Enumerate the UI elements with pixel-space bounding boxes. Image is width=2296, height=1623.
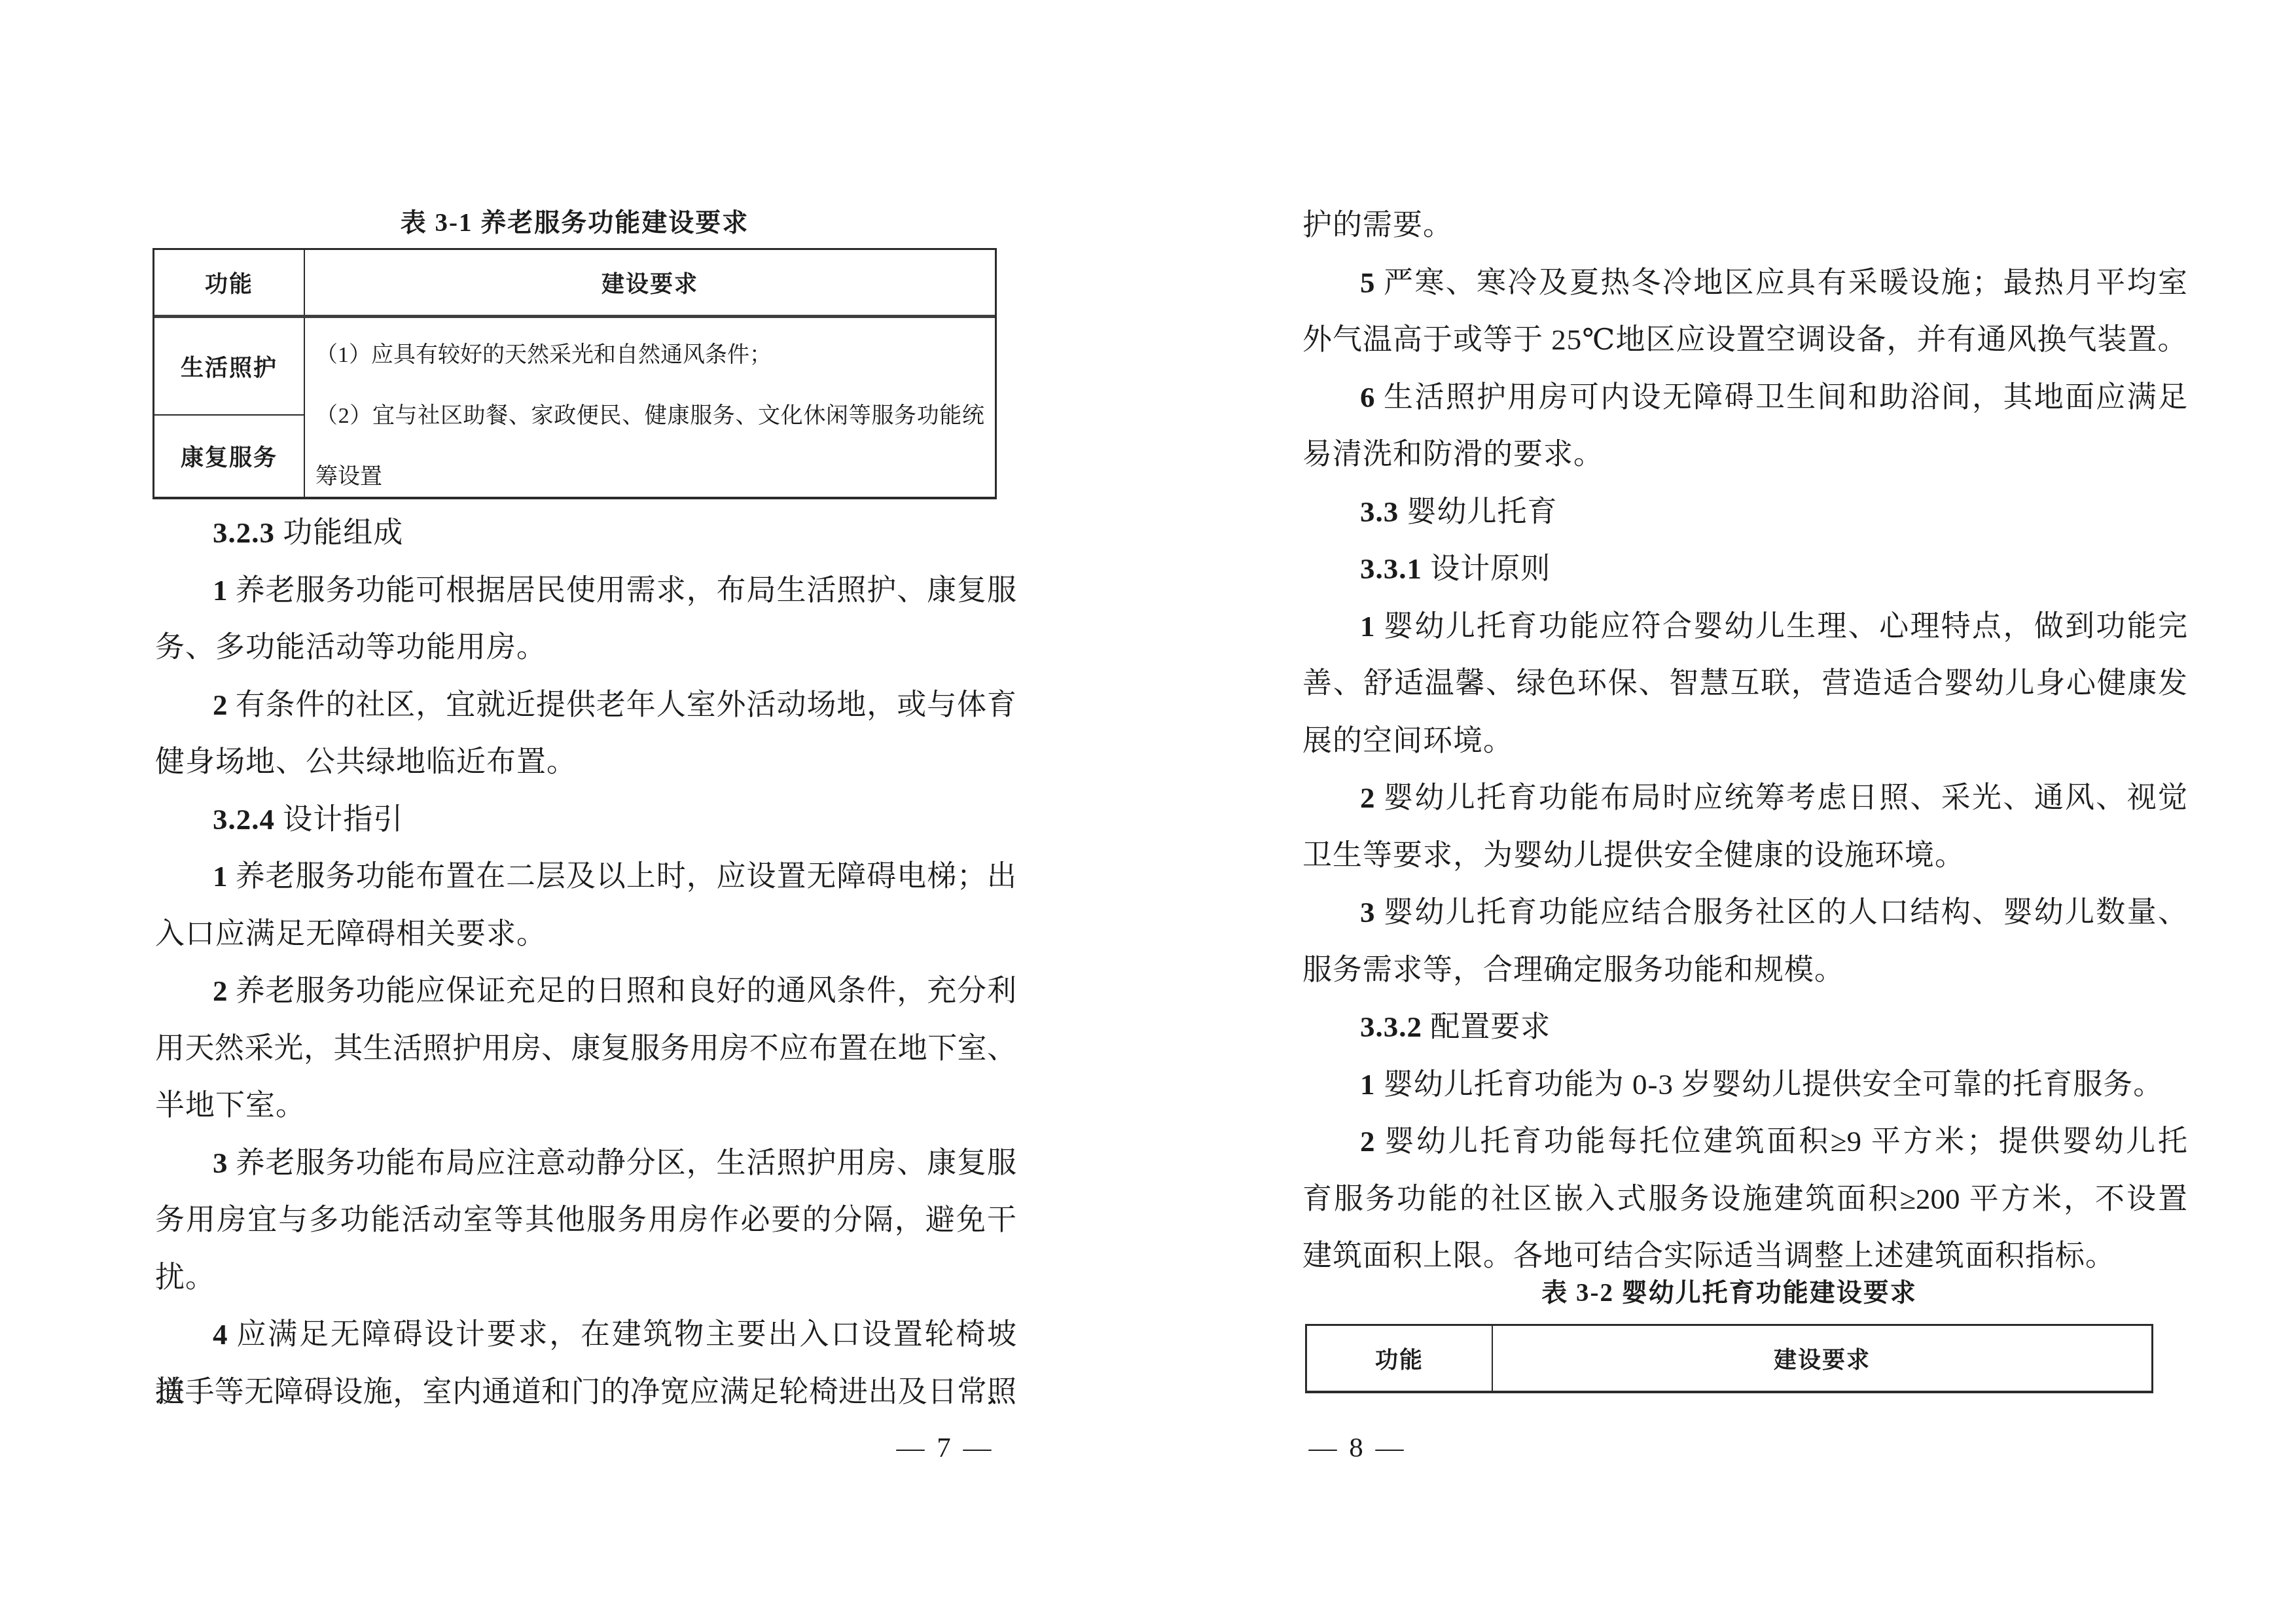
page-number-7: — 7 — <box>873 1429 1017 1468</box>
text-line: 半地下室。 <box>155 1077 1016 1135</box>
document-spread: 表 3-1 养老服务功能建设要求 功能 建设要求 生活照护 康复服务 （1）应具… <box>0 0 2296 1623</box>
text-line: 2 婴幼儿托育功能每托位建筑面积≥9 平方米；提供婴幼儿托 <box>1302 1113 2187 1171</box>
text-line: 善、舒适温馨、绿色环保、智慧互联，营造适合婴幼儿身心健康发 <box>1302 655 2187 713</box>
table-3-2-header-function: 功能 <box>1307 1326 1492 1391</box>
text-line: 入口应满足无障碍相关要求。 <box>155 906 1016 963</box>
table-3-1-title: 表 3-1 养老服务功能建设要求 <box>152 202 997 245</box>
table-3-1-row-label-life-care: 生活照护 <box>154 318 304 414</box>
text-line: （1）应具有较好的天然采光和自然通风条件； <box>315 325 984 385</box>
item-number: 6 <box>1360 381 1384 414</box>
item-number: 2 <box>1360 1125 1384 1158</box>
text-line: 务、多功能活动等功能用房。 <box>155 619 1016 677</box>
text-line: 扰。 <box>155 1249 1016 1307</box>
item-number: 1 <box>1360 610 1384 643</box>
item-number: 4 <box>213 1318 237 1351</box>
page-number-8: — 8 — <box>1285 1429 1429 1468</box>
text-line: 2 有条件的社区，宜就近提供老年人室外活动场地，或与体育 <box>155 677 1016 734</box>
text-line: 护的需要。 <box>1302 197 2187 255</box>
text-line: 用天然采光，其生活照护用房、康复服务用房不应布置在地下室、 <box>155 1020 1016 1078</box>
item-number: 3.2.3 <box>213 516 283 549</box>
table-3-1: 功能 建设要求 生活照护 康复服务 （1）应具有较好的天然采光和自然通风条件；（… <box>152 248 997 499</box>
table-3-1-header-requirements: 建设要求 <box>305 250 995 315</box>
page-8: 护的需要。5 严寒、寒冷及夏热冬冷地区应具有采暖设施；最热月平均室外气温高于或等… <box>1148 0 2296 1623</box>
item-number: 3 <box>1360 896 1384 929</box>
item-number: 3 <box>213 1147 236 1179</box>
table-3-1-requirements-cell: （1）应具有较好的天然采光和自然通风条件；（2）宜与社区助餐、家政便民、健康服务… <box>305 318 995 497</box>
text-line: 扶手等无障碍设施，室内通道和门的净宽应满足轮椅进出及日常照 <box>155 1364 1016 1421</box>
text-line: 3.3 婴幼儿托育 <box>1302 484 2187 541</box>
item-number: 2 <box>1360 781 1384 814</box>
text-line: 1 养老服务功能可根据居民使用需求，布局生活照护、康复服 <box>155 562 1016 620</box>
table-3-2: 功能 建设要求 <box>1305 1324 2153 1393</box>
item-number: 1 <box>213 860 236 893</box>
text-line: 健身场地、公共绿地临近布置。 <box>155 734 1016 791</box>
text-line: 外气温高于或等于 25℃地区应设置空调设备，并有通风换气装置。 <box>1302 312 2187 369</box>
item-number: 1 <box>1360 1068 1384 1101</box>
text-line: 展的空间环境。 <box>1302 713 2187 770</box>
text-line: 3 养老服务功能布局应注意动静分区，生活照护用房、康复服 <box>155 1135 1016 1192</box>
item-number: 3.3 <box>1360 495 1407 528</box>
table-3-1-row-label-rehab-service: 康复服务 <box>154 416 304 497</box>
item-number: 3.2.4 <box>213 803 283 836</box>
text-line: （2）宜与社区助餐、家政便民、健康服务、文化休闲等服务功能统 <box>315 385 984 446</box>
text-line: 2 养老服务功能应保证充足的日照和良好的通风条件，充分利 <box>155 963 1016 1020</box>
text-line: 3 婴幼儿托育功能应结合服务社区的人口结构、婴幼儿数量、 <box>1302 884 2187 942</box>
item-number: 2 <box>213 974 236 1007</box>
text-line: 育服务功能的社区嵌入式服务设施建筑面积≥200 平方米，不设置 <box>1302 1171 2187 1228</box>
item-number: 3.3.2 <box>1360 1010 1430 1043</box>
text-line: 筹设置 <box>315 446 984 507</box>
text-line: 易清洗和防滑的要求。 <box>1302 426 2187 484</box>
table-3-2-title: 表 3-2 婴幼儿托育功能建设要求 <box>1305 1272 2153 1315</box>
item-number: 3.3.1 <box>1360 552 1430 585</box>
page-8-body-text: 护的需要。5 严寒、寒冷及夏热冬冷地区应具有采暖设施；最热月平均室外气温高于或等… <box>1302 197 2187 1285</box>
text-line: 4 应满足无障碍设计要求，在建筑物主要出入口设置轮椅坡道、 <box>155 1306 1016 1364</box>
page-7-body-text: 3.2.3 功能组成1 养老服务功能可根据居民使用需求，布局生活照护、康复服务、… <box>155 505 1016 1421</box>
text-line: 3.2.3 功能组成 <box>155 505 1016 562</box>
text-line: 1 婴幼儿托育功能应符合婴幼儿生理、心理特点，做到功能完 <box>1302 598 2187 656</box>
table-3-2-header-requirements: 建设要求 <box>1493 1326 2151 1391</box>
item-number: 5 <box>1360 266 1384 299</box>
table-3-1-header-function: 功能 <box>154 250 304 315</box>
item-number: 1 <box>213 574 236 607</box>
text-line: 务用房宜与多功能活动室等其他服务用房作必要的分隔，避免干 <box>155 1192 1016 1249</box>
text-line: 1 养老服务功能布置在二层及以上时，应设置无障碍电梯；出 <box>155 848 1016 906</box>
text-line: 3.2.4 设计指引 <box>155 791 1016 849</box>
item-number: 2 <box>213 688 236 721</box>
text-line: 2 婴幼儿托育功能布局时应统筹考虑日照、采光、通风、视觉 <box>1302 770 2187 827</box>
page-7: 表 3-1 养老服务功能建设要求 功能 建设要求 生活照护 康复服务 （1）应具… <box>0 0 1148 1623</box>
text-line: 6 生活照护用房可内设无障碍卫生间和助浴间，其地面应满足 <box>1302 369 2187 427</box>
text-line: 5 严寒、寒冷及夏热冬冷地区应具有采暖设施；最热月平均室 <box>1302 255 2187 312</box>
text-line: 卫生等要求，为婴幼儿提供安全健康的设施环境。 <box>1302 827 2187 885</box>
text-line: 3.3.1 设计原则 <box>1302 541 2187 598</box>
text-line: 服务需求等，合理确定服务功能和规模。 <box>1302 942 2187 999</box>
text-line: 1 婴幼儿托育功能为 0-3 岁婴幼儿提供安全可靠的托育服务。 <box>1302 1056 2187 1114</box>
text-line: 3.3.2 配置要求 <box>1302 999 2187 1056</box>
